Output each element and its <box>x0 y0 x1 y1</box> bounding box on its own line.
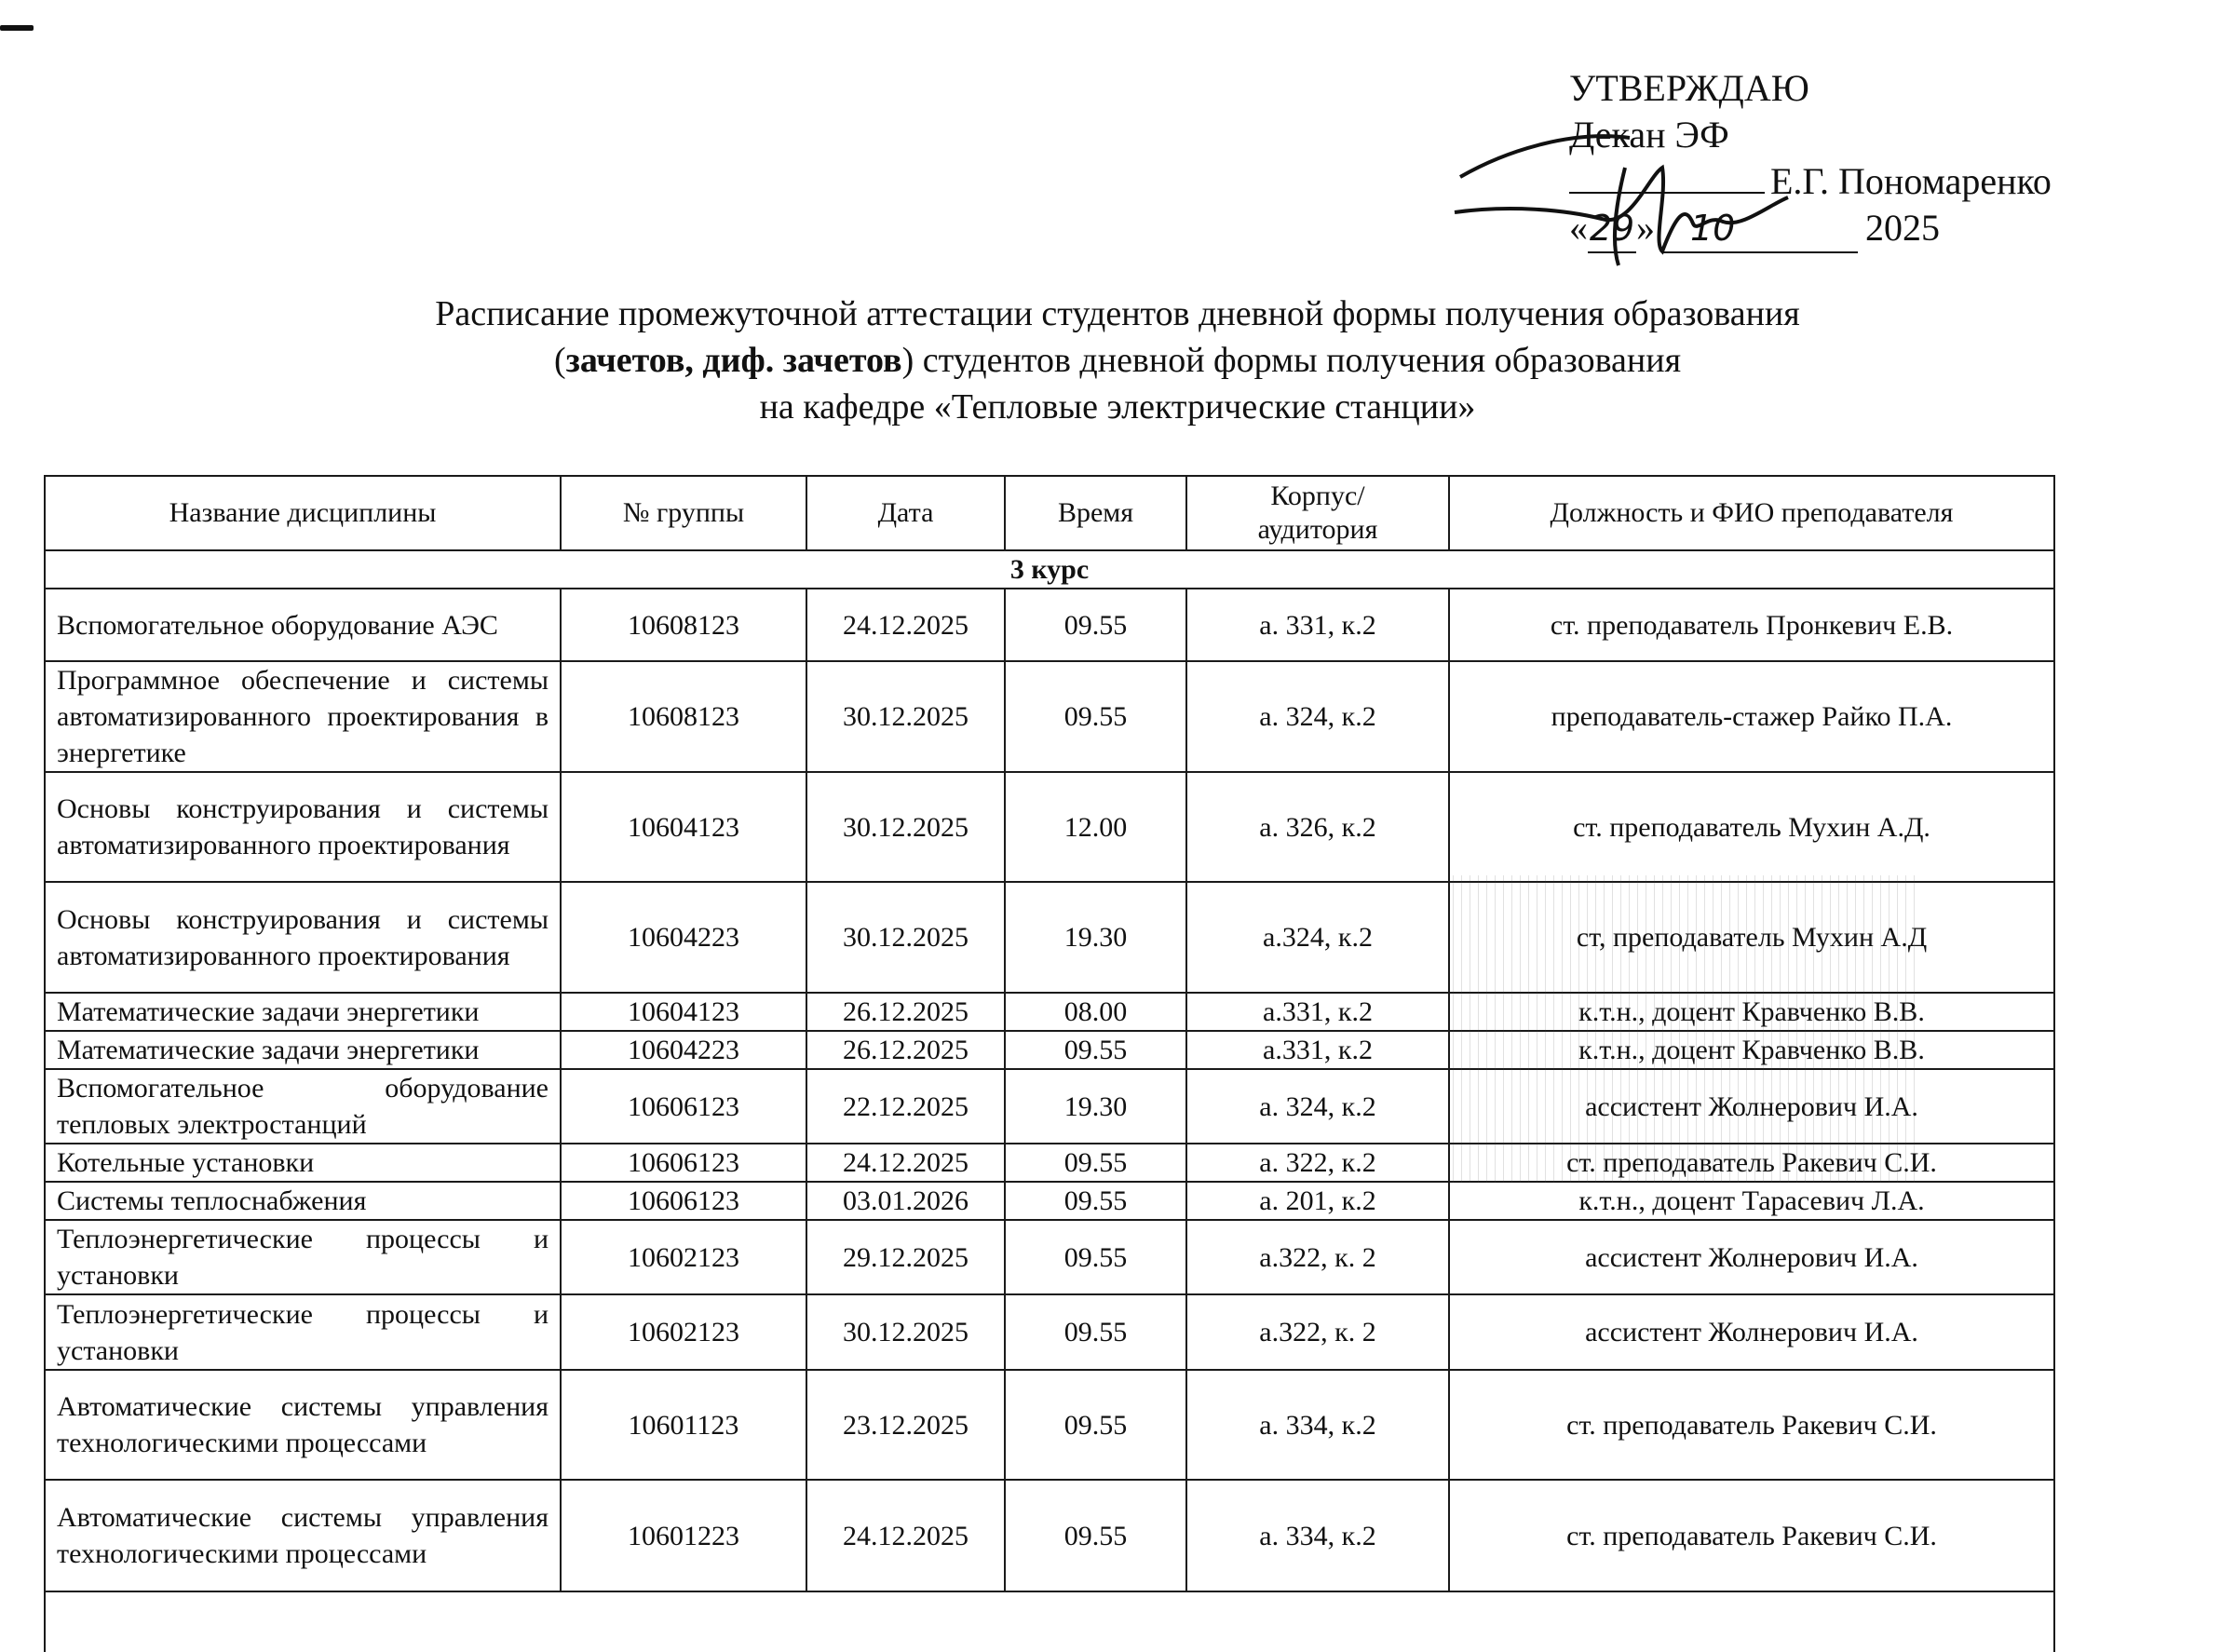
cell-group: 10604223 <box>561 1031 806 1069</box>
cell-time: 09.55 <box>1005 589 1186 661</box>
cell-teacher: ст. преподаватель Мухин А.Д. <box>1449 772 2054 882</box>
cell-teacher: к.т.н., доцент Тарасевич Л.А. <box>1449 1182 2054 1220</box>
cell-room: а. 326, к.2 <box>1186 772 1449 882</box>
cell-discipline: Котельные установки <box>45 1144 561 1182</box>
cell-teacher: к.т.н., доцент Кравченко В.В. <box>1449 993 2054 1031</box>
cell-time: 09.55 <box>1005 1182 1186 1220</box>
table-row: Математические задачи энергетики10604123… <box>45 993 2054 1031</box>
cell-time: 09.55 <box>1005 1370 1186 1480</box>
cell-room: а.322, к. 2 <box>1186 1220 1449 1294</box>
table-row-empty <box>45 1591 2054 1652</box>
table-row: Теплоэнергетические процессы и установки… <box>45 1220 2054 1294</box>
cell-teacher: ст. преподаватель Ракевич С.И. <box>1449 1370 2054 1480</box>
approval-signer-name: Е.Г. Пономаренко <box>1770 160 2052 202</box>
table-row: Теплоэнергетические процессы и установки… <box>45 1294 2054 1370</box>
title-bold-part: зачетов, диф. зачетов <box>566 341 902 380</box>
cell-group: 10606123 <box>561 1069 806 1144</box>
cell-discipline: Автоматические системы управления технол… <box>45 1370 561 1480</box>
cell-discipline: Основы конструирования и системы автомат… <box>45 772 561 882</box>
course-label: 3 курс <box>45 550 2054 589</box>
quote-open: « <box>1569 207 1588 249</box>
approval-date-year: 2025 <box>1865 207 1940 249</box>
course-row: 3 курс <box>45 550 2054 589</box>
cell-room: а.331, к.2 <box>1186 1031 1449 1069</box>
title-paren: ( <box>554 341 566 380</box>
cell-group: 10604123 <box>561 772 806 882</box>
cell-date: 30.12.2025 <box>806 661 1005 772</box>
cell-discipline: Автоматические системы управления технол… <box>45 1480 561 1591</box>
cell-date: 24.12.2025 <box>806 1144 1005 1182</box>
cell-room: а.324, к.2 <box>1186 882 1449 993</box>
cell-date: 23.12.2025 <box>806 1370 1005 1480</box>
cell-time: 12.00 <box>1005 772 1186 882</box>
cell-room: а. 331, к.2 <box>1186 589 1449 661</box>
cell-discipline: Математические задачи энергетики <box>45 993 561 1031</box>
cell-room: а.331, к.2 <box>1186 993 1449 1031</box>
table-row: Автоматические системы управления технол… <box>45 1480 2054 1591</box>
cell-teacher: ст, преподаватель Мухин А.Д <box>1449 882 2054 993</box>
table-row: Системы теплоснабжения1060612303.01.2026… <box>45 1182 2054 1220</box>
cell-date: 26.12.2025 <box>806 993 1005 1031</box>
header-date: Дата <box>806 476 1005 550</box>
cell-room: а.322, к. 2 <box>1186 1294 1449 1370</box>
cell-date: 29.12.2025 <box>806 1220 1005 1294</box>
cell-room: а. 334, к.2 <box>1186 1370 1449 1480</box>
cell-discipline: Математические задачи энергетики <box>45 1031 561 1069</box>
scan-corner-mark <box>0 25 34 31</box>
cell-room: а. 324, к.2 <box>1186 1069 1449 1144</box>
cell-date: 30.12.2025 <box>806 772 1005 882</box>
cell-time: 09.55 <box>1005 1480 1186 1591</box>
header-teacher: Должность и ФИО преподавателя <box>1449 476 2054 550</box>
document-title: Расписание промежуточной аттестации студ… <box>0 291 2235 430</box>
cell-room: а. 322, к.2 <box>1186 1144 1449 1182</box>
title-line-1: Расписание промежуточной аттестации студ… <box>0 291 2235 337</box>
cell-teacher: к.т.н., доцент Кравченко В.В. <box>1449 1031 2054 1069</box>
schedule-table: Название дисциплины № группы Дата Время … <box>44 475 2055 1652</box>
approval-date: «29»102025 <box>1569 205 2052 253</box>
cell-teacher: ассистент Жолнерович И.А. <box>1449 1069 2054 1144</box>
header-room: Корпус/ аудитория <box>1186 476 1449 550</box>
cell-discipline: Теплоэнергетические процессы и установки <box>45 1220 561 1294</box>
cell-group: 10604123 <box>561 993 806 1031</box>
empty-cell <box>45 1591 2054 1652</box>
cell-teacher: ассистент Жолнерович И.А. <box>1449 1220 2054 1294</box>
cell-room: а. 201, к.2 <box>1186 1182 1449 1220</box>
cell-teacher: ст. преподаватель Ракевич С.И. <box>1449 1480 2054 1591</box>
table-row: Программное обеспечение и системы автома… <box>45 661 2054 772</box>
cell-group: 10601223 <box>561 1480 806 1591</box>
approval-heading: УТВЕРЖДАЮ <box>1569 65 2052 112</box>
cell-date: 03.01.2026 <box>806 1182 1005 1220</box>
table-header-row: Название дисциплины № группы Дата Время … <box>45 476 2054 550</box>
table-row: Основы конструирования и системы автомат… <box>45 772 2054 882</box>
cell-group: 10602123 <box>561 1220 806 1294</box>
cell-group: 10601123 <box>561 1370 806 1480</box>
cell-time: 09.55 <box>1005 1294 1186 1370</box>
cell-group: 10608123 <box>561 661 806 772</box>
cell-discipline: Вспомогательное оборудование АЭС <box>45 589 561 661</box>
cell-group: 10606123 <box>561 1182 806 1220</box>
table-row: Автоматические системы управления технол… <box>45 1370 2054 1480</box>
title-line-2: (зачетов, диф. зачетов) студентов дневно… <box>0 337 2235 384</box>
approval-signer-line: Е.Г. Пономаренко <box>1569 158 2052 205</box>
cell-date: 26.12.2025 <box>806 1031 1005 1069</box>
cell-time: 08.00 <box>1005 993 1186 1031</box>
cell-teacher: ст. преподаватель Пронкевич Е.В. <box>1449 589 2054 661</box>
cell-group: 10604223 <box>561 882 806 993</box>
cell-date: 24.12.2025 <box>806 1480 1005 1591</box>
approval-block: УТВЕРЖДАЮ Декан ЭФ Е.Г. Пономаренко «29»… <box>1569 65 2052 253</box>
cell-teacher: ассистент Жолнерович И.А. <box>1449 1294 2054 1370</box>
table-row: Математические задачи энергетики10604223… <box>45 1031 2054 1069</box>
approval-position: Декан ЭФ <box>1569 112 2052 158</box>
table-row: Вспомогательное оборудование тепловых эл… <box>45 1069 2054 1144</box>
header-room-label: Корпус/ аудитория <box>1239 480 1397 547</box>
cell-teacher: ст. преподаватель Ракевич С.И. <box>1449 1144 2054 1182</box>
header-discipline: Название дисциплины <box>45 476 561 550</box>
table-row: Основы конструирования и системы автомат… <box>45 882 2054 993</box>
cell-time: 19.30 <box>1005 1069 1186 1144</box>
cell-date: 30.12.2025 <box>806 882 1005 993</box>
cell-date: 22.12.2025 <box>806 1069 1005 1144</box>
cell-discipline: Теплоэнергетические процессы и установки <box>45 1294 561 1370</box>
cell-time: 09.55 <box>1005 1144 1186 1182</box>
cell-date: 30.12.2025 <box>806 1294 1005 1370</box>
cell-discipline: Вспомогательное оборудование тепловых эл… <box>45 1069 561 1144</box>
cell-discipline: Программное обеспечение и системы автома… <box>45 661 561 772</box>
quote-close: » <box>1636 207 1655 249</box>
cell-group: 10602123 <box>561 1294 806 1370</box>
header-time: Время <box>1005 476 1186 550</box>
cell-time: 09.55 <box>1005 1220 1186 1294</box>
cell-discipline: Системы теплоснабжения <box>45 1182 561 1220</box>
cell-time: 09.55 <box>1005 661 1186 772</box>
header-group: № группы <box>561 476 806 550</box>
cell-group: 10608123 <box>561 589 806 661</box>
cell-room: а. 334, к.2 <box>1186 1480 1449 1591</box>
cell-teacher: преподаватель-стажер Райко П.А. <box>1449 661 2054 772</box>
cell-room: а. 324, к.2 <box>1186 661 1449 772</box>
approval-date-month: 10 <box>1662 205 1858 253</box>
cell-group: 10606123 <box>561 1144 806 1182</box>
table-row: Вспомогательное оборудование АЭС10608123… <box>45 589 2054 661</box>
cell-discipline: Основы конструирования и системы автомат… <box>45 882 561 993</box>
title-line-2-rest: ) студентов дневной формы получения обра… <box>902 341 1681 380</box>
cell-time: 19.30 <box>1005 882 1186 993</box>
title-line-3: на кафедре «Тепловые электрические станц… <box>0 384 2235 430</box>
approval-date-day: 29 <box>1588 205 1636 253</box>
table-row: Котельные установки1060612324.12.202509.… <box>45 1144 2054 1182</box>
cell-time: 09.55 <box>1005 1031 1186 1069</box>
cell-date: 24.12.2025 <box>806 589 1005 661</box>
signature-line <box>1569 158 1765 194</box>
